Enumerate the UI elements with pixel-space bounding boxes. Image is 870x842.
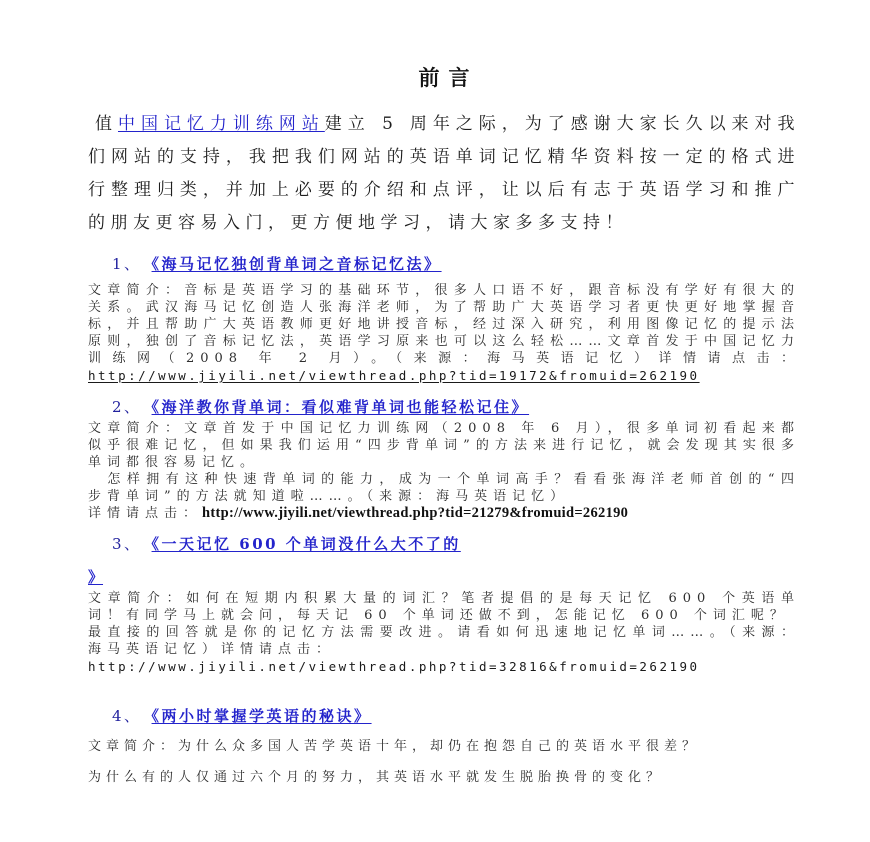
section-1-heading: 1、《海马记忆独创背单词之音标记忆法》 xyxy=(112,254,800,275)
section-4-article-link[interactable]: 《两小时掌握学英语的秘诀》 xyxy=(152,707,372,725)
section-2: 2、《海洋教你背单词：看似难背单词也能轻松记住》 文章简介：文章首发于中国记忆力… xyxy=(88,397,800,522)
section-1-number: 1、 xyxy=(112,255,152,273)
memory-training-site-link[interactable]: 中国记忆力训练网站 xyxy=(118,114,325,134)
section-3-article-link-continuation[interactable]: 》 xyxy=(88,568,103,586)
section-3-heading: 3、《一天记忆 600 个单词没什么大不了的 xyxy=(112,534,800,555)
section-1-summary: 文章简介：音标是英语学习的基础环节，很多人口语不好，跟音标没有学好有很大的关系。… xyxy=(88,282,800,385)
section-3-summary: 文章简介：如何在短期内积累大量的词汇？笔者提倡的是每天记忆 600 个英语单词！… xyxy=(88,590,800,624)
section-2-article-link[interactable]: 《海洋教你背单词：看似难背单词也能轻松记住》 xyxy=(152,398,530,416)
section-3-number: 3、 xyxy=(112,535,152,553)
section-2-url-link[interactable]: http://www.jiyili.net/viewthread.php?tid… xyxy=(202,505,628,521)
section-3-summary-continued: 最直接的回答就是你的记忆方法需要改进。请看如何迅速地记忆单词……。（来源：海马英… xyxy=(88,624,800,658)
intro-text-start: 值 xyxy=(95,114,118,134)
section-2-summary-continued: 怎样拥有这种快速背单词的能力，成为一个单词高手？看看张海洋老师首创的“四步背单词… xyxy=(88,471,800,505)
section-1-article-link[interactable]: 《海马记忆独创背单词之音标记忆法》 xyxy=(152,255,442,273)
section-3: 3、《一天记忆 600 个单词没什么大不了的 》 文章简介：如何在短期内积累大量… xyxy=(88,534,800,676)
page-title: 前言 xyxy=(88,64,800,92)
document-page: 前言 值中国记忆力训练网站建立 5 周年之际，为了感谢大家长久以来对我们网站的支… xyxy=(0,0,870,787)
section-3-url-link[interactable]: http://www.jiyili.net/viewthread.php?tid… xyxy=(88,659,700,674)
section-1-url-link[interactable]: http://www.jiyili.net/viewthread.php?tid… xyxy=(88,368,700,383)
section-2-url-label: 详情请点击： xyxy=(88,506,202,521)
section-2-number: 2、 xyxy=(112,398,152,416)
section-3-title-continuation-line: 》 xyxy=(88,567,800,588)
section-4: 4、《两小时掌握学英语的秘诀》 文章简介：为什么众多国人苦学英语十年，却仍在抱怨… xyxy=(88,706,800,787)
section-3-article-link[interactable]: 《一天记忆 600 个单词没什么大不了的 xyxy=(152,535,461,553)
section-4-heading: 4、《两小时掌握学英语的秘诀》 xyxy=(112,706,800,727)
intro-paragraph: 值中国记忆力训练网站建立 5 周年之际，为了感谢大家长久以来对我们网站的支持，我… xyxy=(88,108,800,240)
section-2-heading: 2、《海洋教你背单词：看似难背单词也能轻松记住》 xyxy=(112,397,800,418)
section-2-summary: 文章简介：文章首发于中国记忆力训练网（2008 年 6 月），很多单词初看起来都… xyxy=(88,420,800,471)
section-2-url-line: 详情请点击：http://www.jiyili.net/viewthread.p… xyxy=(88,505,800,522)
section-4-summary: 文章简介：为什么众多国人苦学英语十年，却仍在抱怨自己的英语水平很差？ xyxy=(88,738,800,756)
section-4-number: 4、 xyxy=(112,707,152,725)
section-4-summary-continued: 为什么有的人仅通过六个月的努力，其英语水平就发生脱胎换骨的变化？ xyxy=(88,769,800,787)
section-1: 1、《海马记忆独创背单词之音标记忆法》 文章简介：音标是英语学习的基础环节，很多… xyxy=(88,254,800,385)
section-1-summary-text: 文章简介：音标是英语学习的基础环节，很多人口语不好，跟音标没有学好有很大的关系。… xyxy=(88,283,800,366)
section-3-url-line: http://www.jiyili.net/viewthread.php?tid… xyxy=(88,658,800,676)
